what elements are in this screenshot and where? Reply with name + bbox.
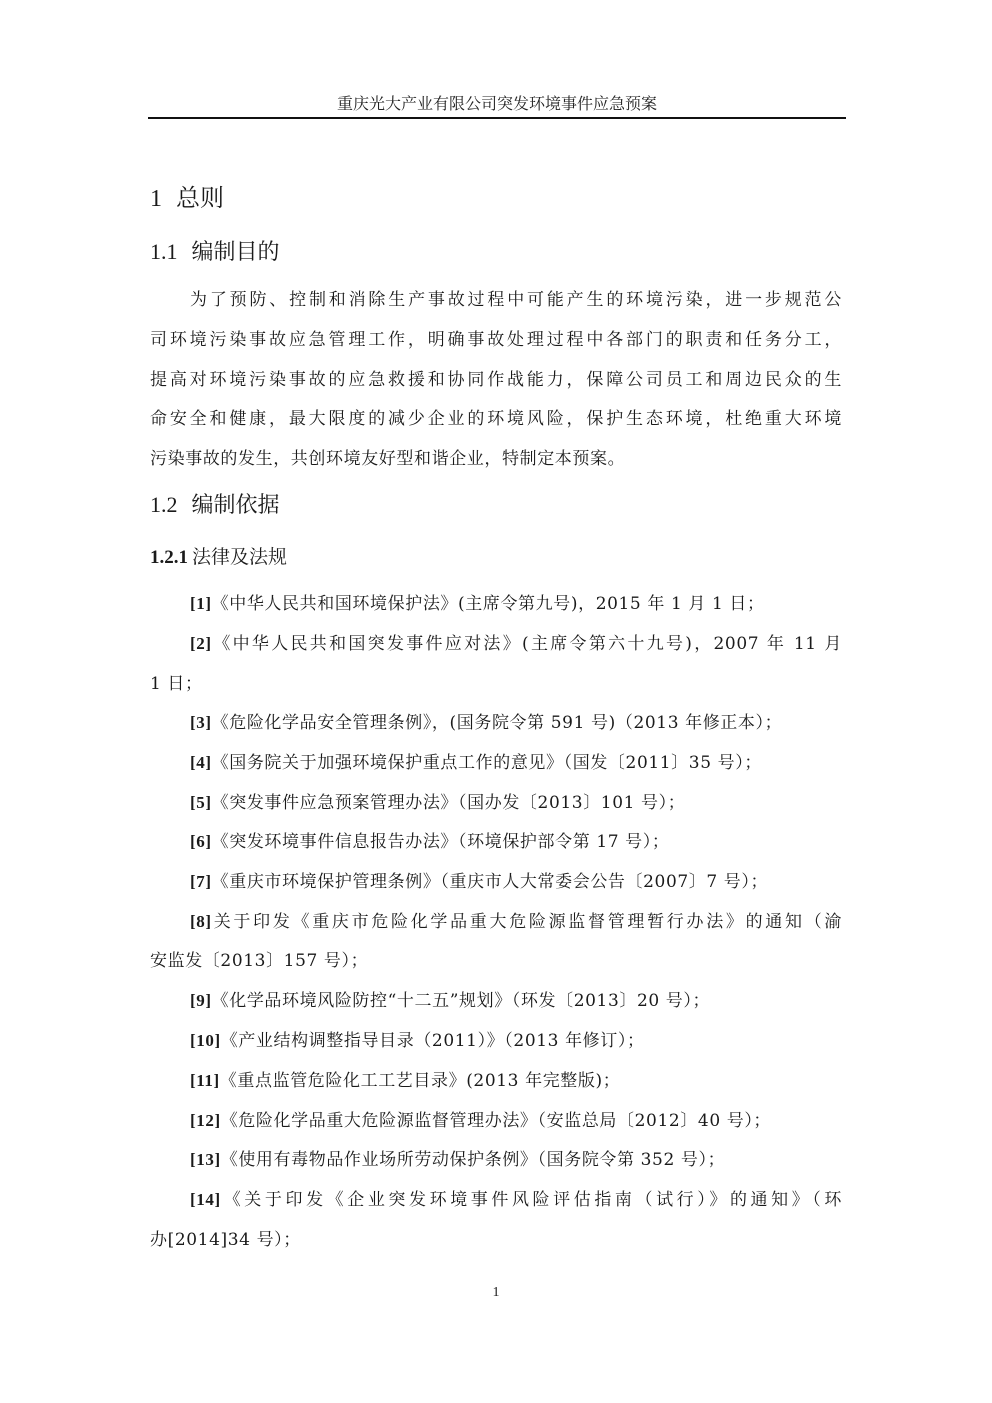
reference-number: [1] bbox=[190, 594, 212, 613]
reference-text: 《重庆市环境保护管理条例》（重庆市人大常委会公告〔2007〕7 号）； bbox=[212, 872, 768, 892]
reference-number: [14] bbox=[190, 1190, 221, 1209]
running-header: 重庆光大产业有限公司突发环境事件应急预案 bbox=[148, 93, 846, 115]
reference-item: [10]《产业结构调整指导目录（2011）》（2013 年修订）； bbox=[190, 1029, 842, 1053]
reference-text: 《重点监管危险化工工艺目录》(2013 年完整版)； bbox=[220, 1071, 621, 1091]
paragraph-line: 提高对环境污染事故的应急救援和协同作战能力，保障公司员工和周边民众的生 bbox=[150, 368, 842, 392]
reference-number: [3] bbox=[190, 713, 212, 732]
reference-continuation: 安监发〔2013〕157 号）； bbox=[150, 949, 842, 973]
reference-item: [5]《突发事件应急预案管理办法》（国办发〔2013〕101 号）； bbox=[190, 791, 842, 815]
reference-number: [5] bbox=[190, 793, 212, 812]
page-number: 1 bbox=[0, 1285, 992, 1301]
reference-text: 《危险化学品安全管理条例》，(国务院令第 591 号)（2013 年修正本）； bbox=[212, 713, 783, 733]
section-heading-1-1: 1.1编制目的 bbox=[150, 237, 280, 268]
reference-number: [4] bbox=[190, 753, 212, 772]
reference-text: 《中华人民共和国环境保护法》(主席令第九号)，2015 年 1 月 1 日； bbox=[212, 594, 765, 614]
reference-text: 《突发事件应急预案管理办法》（国办发〔2013〕101 号）； bbox=[212, 793, 686, 813]
section-title: 总则 bbox=[176, 184, 224, 212]
reference-text: 《化学品环境风险防控“十二五”规划》（环发〔2013〕20 号）； bbox=[212, 991, 710, 1011]
reference-text: 《关于印发《企业突发环境事件风险评估指南（试行）》的通知》（环 bbox=[221, 1190, 842, 1210]
reference-item: [2]《中华人民共和国突发事件应对法》(主席令第六十九号)，2007 年 11 … bbox=[190, 632, 842, 656]
reference-text: 《中华人民共和国突发事件应对法》(主席令第六十九号)，2007 年 11 月 bbox=[212, 634, 842, 654]
reference-text: 《国务院关于加强环境保护重点工作的意见》（国发〔2011〕35 号）； bbox=[212, 753, 762, 773]
reference-item: [9]《化学品环境风险防控“十二五”规划》（环发〔2013〕20 号）； bbox=[190, 989, 842, 1013]
reference-item: [1]《中华人民共和国环境保护法》(主席令第九号)，2015 年 1 月 1 日… bbox=[190, 592, 842, 616]
reference-item: [4]《国务院关于加强环境保护重点工作的意见》（国发〔2011〕35 号）； bbox=[190, 751, 842, 775]
reference-text: 《产业结构调整指导目录（2011）》（2013 年修订）； bbox=[221, 1031, 645, 1051]
section-heading-1: 1总则 bbox=[150, 182, 224, 215]
reference-number: [8] bbox=[190, 912, 212, 931]
section-title: 编制依据 bbox=[192, 493, 280, 518]
reference-number: [13] bbox=[190, 1150, 221, 1169]
reference-number: [11] bbox=[190, 1071, 220, 1090]
section-number: 1.2.1 bbox=[150, 547, 188, 568]
reference-item: [12]《危险化学品重大危险源监督管理办法》（安监总局〔2012〕40 号）； bbox=[190, 1109, 842, 1133]
reference-number: [12] bbox=[190, 1111, 221, 1130]
section-number: 1.2 bbox=[150, 492, 178, 517]
section-heading-1-2: 1.2编制依据 bbox=[150, 490, 280, 521]
section-number: 1 bbox=[150, 186, 162, 212]
reference-item: [3]《危险化学品安全管理条例》，(国务院令第 591 号)（2013 年修正本… bbox=[190, 711, 842, 735]
paragraph-line: 命安全和健康，最大限度的减少企业的环境风险，保护生态环境，杜绝重大环境 bbox=[150, 407, 842, 431]
reference-text: 《危险化学品重大危险源监督管理办法》（安监总局〔2012〕40 号）； bbox=[221, 1111, 771, 1131]
reference-number: [2] bbox=[190, 634, 212, 653]
reference-number: [6] bbox=[190, 832, 212, 851]
section-title: 编制目的 bbox=[192, 240, 280, 265]
reference-text: 《突发环境事件信息报告办法》（环境保护部令第 17 号）； bbox=[212, 832, 670, 852]
reference-continuation: 1 日； bbox=[150, 672, 842, 696]
section-heading-1-2-1: 1.2.1法律及法规 bbox=[150, 542, 287, 573]
paragraph-line: 污染事故的发生，共创环境友好型和谐企业，特制定本预案。 bbox=[150, 447, 842, 471]
reference-item: [8]关于印发《重庆市危险化学品重大危险源监督管理暂行办法》的通知（渝 bbox=[190, 910, 842, 934]
reference-item: [11]《重点监管危险化工工艺目录》(2013 年完整版)； bbox=[190, 1069, 842, 1093]
paragraph-line: 为了预防、控制和消除生产事故过程中可能产生的环境污染，进一步规范公 bbox=[190, 288, 842, 312]
reference-continuation: 办[2014]34 号）； bbox=[150, 1228, 842, 1252]
reference-item: [7]《重庆市环境保护管理条例》（重庆市人大常委会公告〔2007〕7 号）； bbox=[190, 870, 842, 894]
header-rule bbox=[148, 117, 846, 119]
reference-text: 关于印发《重庆市危险化学品重大危险源监督管理暂行办法》的通知（渝 bbox=[212, 912, 842, 932]
reference-item: [14]《关于印发《企业突发环境事件风险评估指南（试行）》的通知》（环 bbox=[190, 1188, 842, 1212]
reference-number: [7] bbox=[190, 872, 212, 891]
section-number: 1.1 bbox=[150, 239, 178, 264]
paragraph-line: 司环境污染事故应急管理工作，明确事故处理过程中各部门的职责和任务分工， bbox=[150, 328, 842, 352]
reference-item: [13]《使用有毒物品作业场所劳动保护条例》（国务院令第 352 号）； bbox=[190, 1148, 842, 1172]
reference-number: [9] bbox=[190, 991, 212, 1010]
reference-number: [10] bbox=[190, 1031, 221, 1050]
reference-text: 《使用有毒物品作业场所劳动保护条例》（国务院令第 352 号）； bbox=[221, 1150, 725, 1170]
section-title: 法律及法规 bbox=[192, 546, 287, 568]
reference-item: [6]《突发环境事件信息报告办法》（环境保护部令第 17 号）； bbox=[190, 830, 842, 854]
document-page: 重庆光大产业有限公司突发环境事件应急预案 1总则 1.1编制目的 为了预防、控制… bbox=[0, 0, 992, 1403]
